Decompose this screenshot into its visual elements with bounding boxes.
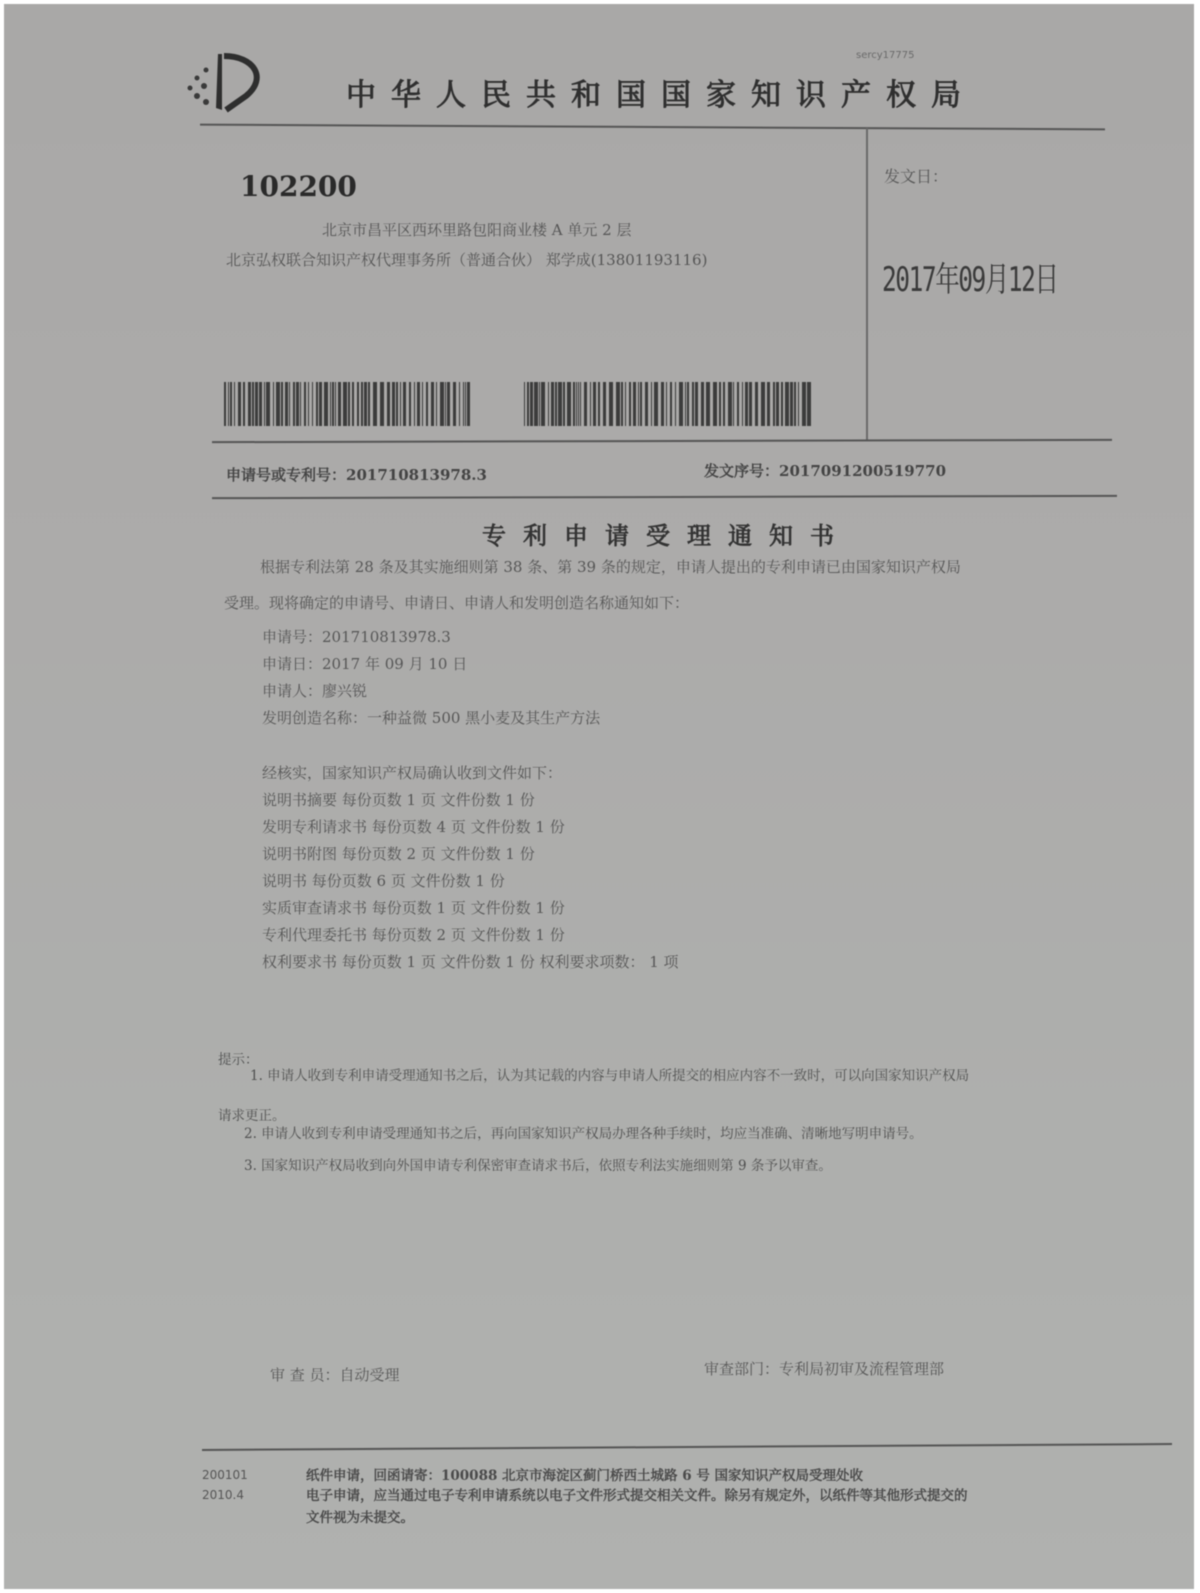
office-name: 中华人民共和国国家知识产权局 [346,70,976,114]
file-item: 说明书 每份页数 6 页 文件份数 1 份 [262,870,679,897]
file-item: 说明书附图 每份页数 2 页 文件份数 1 份 [262,843,679,870]
form-code: 200101 [202,1468,248,1482]
issue-date-label: 发文日： [884,164,948,187]
examiner-value: 自动受理 [340,1366,400,1384]
field-application-number: 申请号：201710813978.3 [262,626,600,653]
application-number-value: 201710813978.3 [346,466,487,484]
file-item: 说明书摘要 每份页数 1 页 文件份数 1 份 [262,789,679,816]
footer-line-3: 文件视为未提交。 [306,1506,414,1526]
serial-mark: sercy17775 [856,50,914,61]
file-item: 专利代理委托书 每份页数 2 页 文件份数 1 份 [262,924,679,951]
document-number-label: 发文序号： [704,462,779,480]
divider [866,128,868,440]
intro-line-2: 受理。现将确定的申请号、申请日、申请人和发明创造名称通知如下： [224,588,689,619]
divider [202,1443,1172,1451]
tip-2: 2. 申请人收到专利申请受理通知书之后，再向国家知识产权局办理各种手续时，均应当… [244,1122,923,1142]
application-number-label: 申请号或专利号： [226,466,346,484]
scanned-document: sercy17775 中华人民共和国国家知识产权局 102200 北京市昌平区西… [4,4,1194,1589]
files-intro: 经核实，国家知识产权局确认收到文件如下： [262,762,679,789]
divider [200,124,1105,131]
tip-3: 3. 国家知识产权局收到向外国申请专利保密审查请求书后，依照专利法实施细则第 9… [244,1154,832,1174]
examiner-label: 审 查 员： [270,1366,340,1384]
address-line-1: 北京市昌平区西环里路包阳商业楼 A 单元 2 层 [322,219,631,240]
footer-line-1: 纸件申请，回函请寄：100088 北京市海淀区蓟门桥西土城路 6 号 国家知识产… [306,1464,863,1484]
review-department: 审查部门：专利局初审及流程管理部 [704,1354,944,1385]
field-application-date: 申请日：2017 年 09 月 10 日 [262,653,600,680]
files-received: 经核实，国家知识产权局确认收到文件如下： 说明书摘要 每份页数 1 页 文件份数… [262,762,679,978]
file-item: 权利要求书 每份页数 1 页 文件份数 1 份 权利要求项数： 1 项 [262,951,679,978]
tip-1-line-2: 请求更正。 [218,1104,286,1124]
postcode: 102200 [240,170,357,203]
divider [212,495,1117,499]
document-number-value: 2017091200519770 [779,462,946,480]
tip-1-line-1: 1. 申请人收到专利申请受理通知书之后，认为其记载的内容与申请人所提交的相应内容… [250,1064,969,1084]
form-date: 2010.4 [202,1488,244,1502]
application-fields: 申请号：201710813978.3 申请日：2017 年 09 月 10 日 … [262,626,600,734]
document-number-line: 发文序号：2017091200519770 [704,460,946,481]
cnipa-logo-icon [184,48,268,114]
issue-date: 2017年09月12日 [882,252,1058,301]
examiner: 审 查 员：自动受理 [270,1360,400,1391]
notice-title: 专利申请受理通知书 [482,516,851,551]
application-number-line: 申请号或专利号：201710813978.3 [226,464,487,485]
file-item: 实质审查请求书 每份页数 1 页 文件份数 1 份 [262,897,679,924]
divider [212,439,1112,443]
intro-line-1: 根据专利法第 28 条及其实施细则第 38 条、第 39 条的规定，申请人提出的… [260,552,1140,583]
file-item: 发明专利请求书 每份页数 4 页 文件份数 1 份 [262,816,679,843]
barcode-2 [522,382,814,426]
field-applicant: 申请人：廖兴锐 [262,680,600,707]
barcode-1 [222,382,470,426]
footer-line-2: 电子申请，应当通过电子专利申请系统以电子文件形式提交相关文件。除另有规定外，以纸… [306,1484,968,1504]
address-line-2: 北京弘权联合知识产权代理事务所（普通合伙） 郑学成(13801193116) [226,249,707,270]
department-label: 审查部门： [704,1360,779,1378]
field-invention-name: 发明创造名称：一种益微 500 黑小麦及其生产方法 [262,707,600,734]
department-value: 专利局初审及流程管理部 [779,1360,944,1378]
